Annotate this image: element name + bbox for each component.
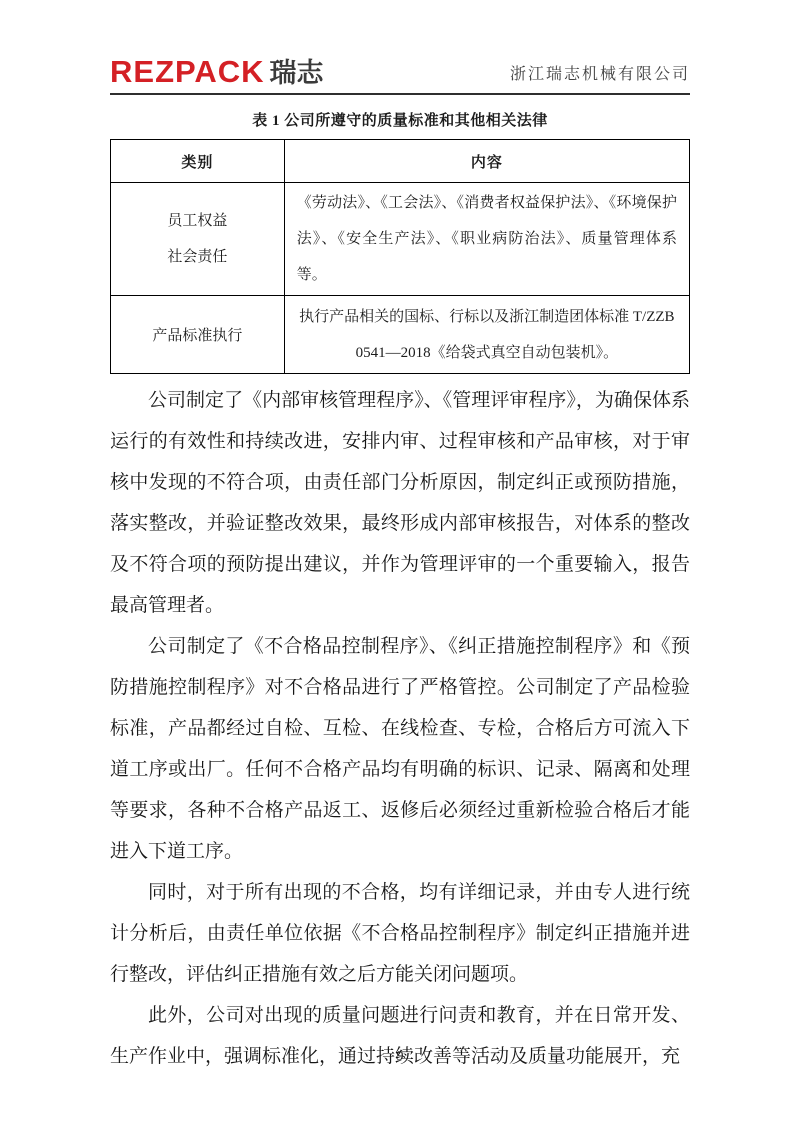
page-header: REZPACK 瑞志 浙江瑞志机械有限公司 (110, 56, 690, 95)
column-header-category: 类别 (111, 140, 285, 183)
table-header-row: 类别 内容 (111, 140, 690, 183)
table-row: 员工权益 社会责任 《劳动法》、《工会法》、《消费者权益保护法》、《环境保护法》… (111, 183, 690, 296)
paragraph-record-statistics: 同时，对于所有出现的不合格，均有详细记录，并由专人进行统计分析后，由责任单位依据… (110, 872, 690, 995)
content-cell: 执行产品相关的国标、行标以及浙江制造团体标准 T/ZZB 0541—2018《给… (284, 296, 689, 374)
body-text: 公司制定了《内部审核管理程序》、《管理评审程序》，为确保体系运行的有效性和持续改… (110, 380, 690, 1077)
paragraph-nonconforming-control: 公司制定了《不合格品控制程序》、《纠正措施控制程序》和《预防措施控制程序》对不合… (110, 626, 690, 872)
page-number: 9 (0, 1049, 800, 1065)
content-cell: 《劳动法》、《工会法》、《消费者权益保护法》、《环境保护法》、《安全生产法》、《… (284, 183, 689, 296)
company-name: 浙江瑞志机械有限公司 (510, 61, 690, 87)
table-row: 产品标准执行 执行产品相关的国标、行标以及浙江制造团体标准 T/ZZB 0541… (111, 296, 690, 374)
column-header-content: 内容 (284, 140, 689, 183)
paragraph-internal-audit: 公司制定了《内部审核管理程序》、《管理评审程序》，为确保体系运行的有效性和持续改… (110, 380, 690, 626)
company-logo: REZPACK 瑞志 (110, 56, 324, 87)
category-cell: 产品标准执行 (111, 296, 285, 374)
logo-chinese-text: 瑞志 (270, 60, 324, 87)
document-page: REZPACK 瑞志 浙江瑞志机械有限公司 表 1 公司所遵守的质量标准和其他相… (0, 0, 800, 1131)
table-caption: 表 1 公司所遵守的质量标准和其他相关法律 (110, 109, 690, 130)
category-cell: 员工权益 社会责任 (111, 183, 285, 296)
category-line: 员工权益 (112, 203, 283, 239)
logo-latin-text: REZPACK (110, 56, 265, 87)
quality-standards-table: 类别 内容 员工权益 社会责任 《劳动法》、《工会法》、《消费者权益保护法》、《… (110, 139, 690, 374)
category-line: 社会责任 (112, 239, 283, 275)
